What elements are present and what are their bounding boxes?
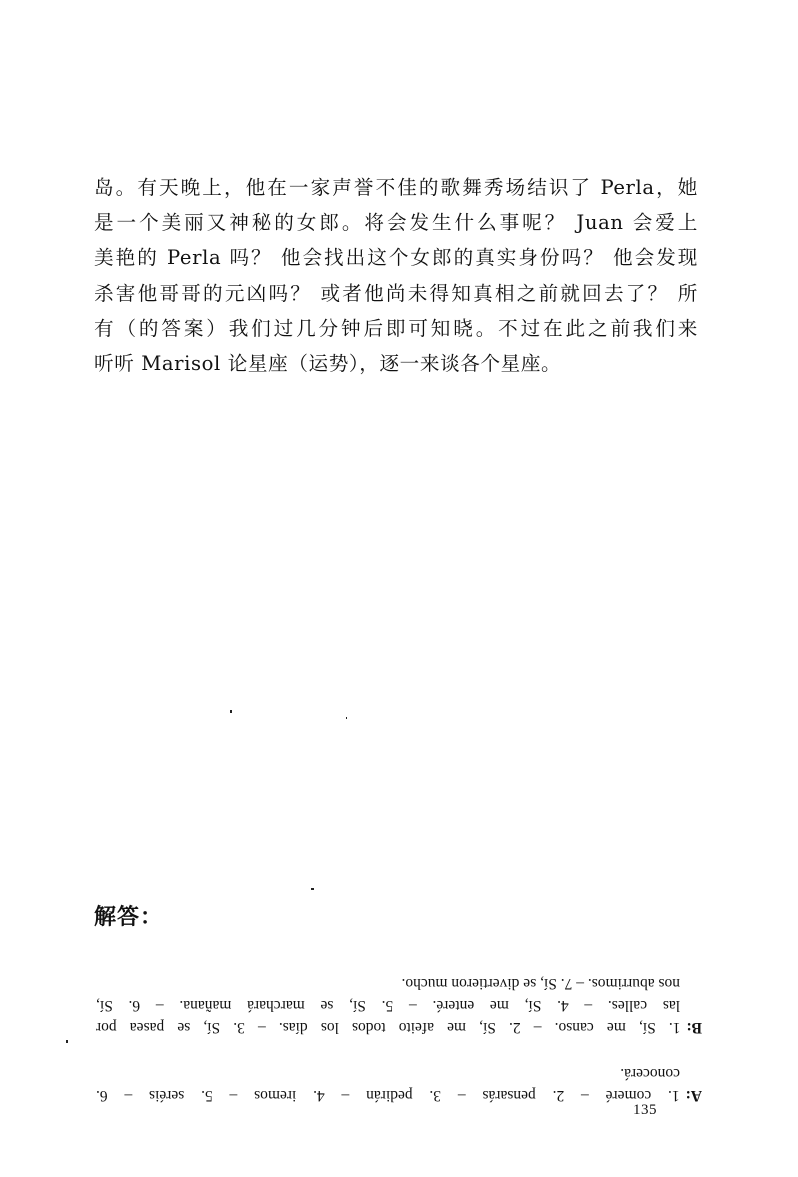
answer-a-line-2: conocerá. bbox=[96, 1062, 702, 1084]
story-paragraph: 岛。有天晚上，他在一家声誉不佳的歌舞秀场结识了 Perla，她 是一个美丽又神秘… bbox=[94, 170, 698, 381]
paragraph-line: 美艳的 Perla 吗？ 他会找出这个女郎的真实身份吗？ 他会发现 bbox=[94, 240, 698, 275]
answer-a-line-1: A:1. comeré – 2. pensarás – 3. pedirán –… bbox=[96, 1084, 702, 1106]
answer-a-block: A:1. comeré – 2. pensarás – 3. pedirán –… bbox=[96, 1058, 702, 1106]
scan-speck bbox=[311, 888, 314, 890]
answers-heading: 解答： bbox=[94, 900, 163, 931]
answer-b-line-1: B:1. Sí, me canso. – 2. Sí, me afeito to… bbox=[96, 1016, 702, 1038]
answer-b-line-3: nos aburrimos. – 7. Sí, se divertieron m… bbox=[96, 972, 702, 994]
paragraph-line: 杀害他哥哥的元凶吗？ 或者他尚未得知真相之前就回去了？ 所 bbox=[94, 276, 698, 311]
paragraph-line: 岛。有天晚上，他在一家声誉不佳的歌舞秀场结识了 Perla，她 bbox=[94, 170, 698, 205]
page-number: 135 bbox=[633, 1102, 657, 1119]
answer-b-block: B:1. Sí, me canso. – 2. Sí, me afeito to… bbox=[96, 936, 702, 1038]
paragraph-line: 是一个美丽又神秘的女郎。将会发生什么事呢？ Juan 会爱上 bbox=[94, 205, 698, 240]
answer-b-line-2: las calles. – 4. Sí, me enteré. – 5. Sí,… bbox=[96, 994, 702, 1016]
scan-speck bbox=[230, 710, 232, 713]
paragraph-line: 有（的答案）我们过几分钟后即可知晓。不过在此之前我们来 bbox=[94, 311, 698, 346]
scan-speck bbox=[66, 1040, 68, 1043]
answer-a-label: A: bbox=[686, 1087, 702, 1104]
scan-speck bbox=[346, 717, 347, 719]
paragraph-line: 听听 Marisol 论星座（运势），逐一来谈各个星座。 bbox=[94, 346, 698, 381]
answer-b-label: B: bbox=[687, 1019, 703, 1036]
book-page: 岛。有天晚上，他在一家声誉不佳的歌舞秀场结识了 Perla，她 是一个美丽又神秘… bbox=[0, 0, 798, 1177]
